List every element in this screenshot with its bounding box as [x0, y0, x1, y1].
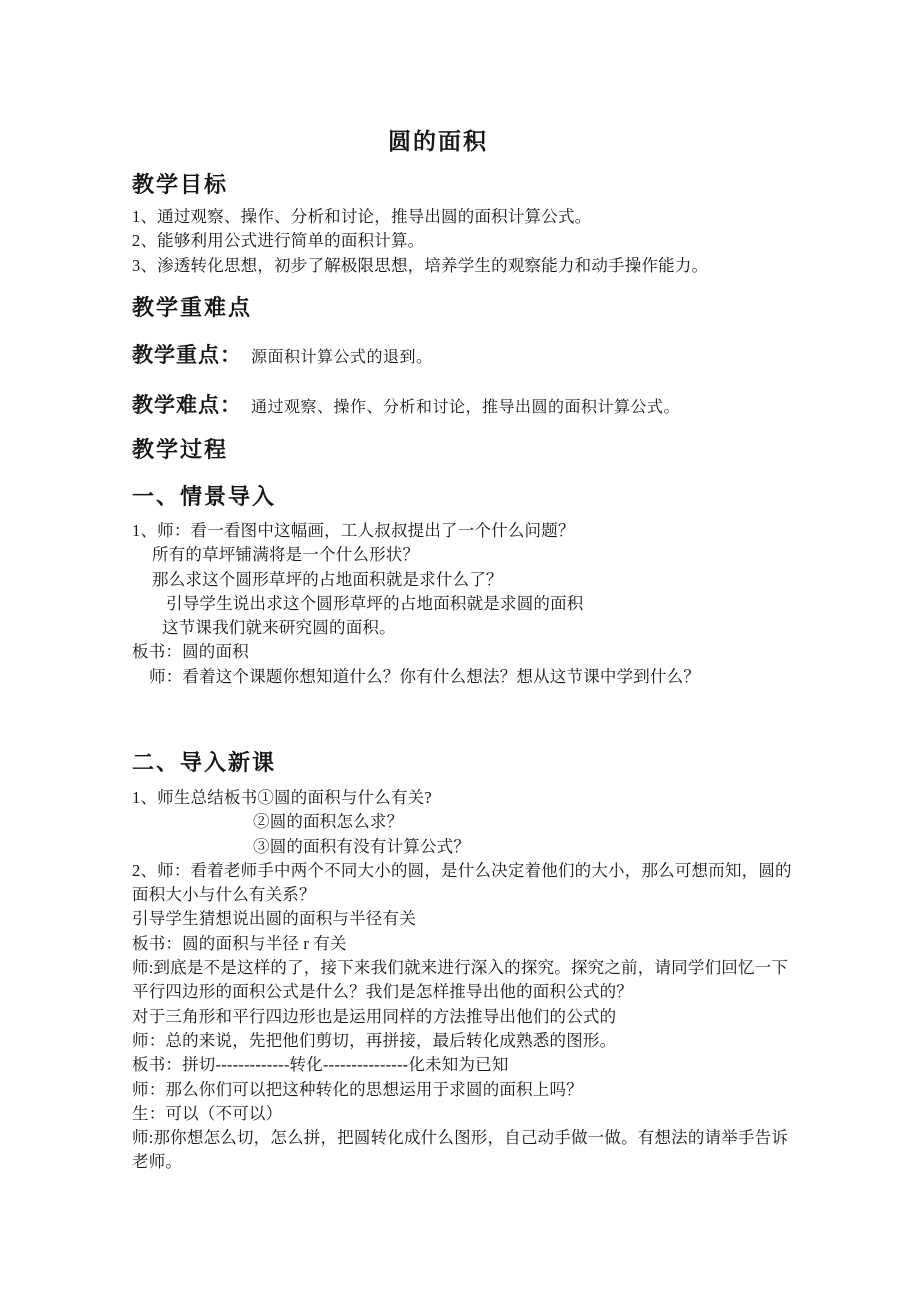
text-line: 板书：圆的面积: [132, 640, 822, 664]
text-line: 平行四边形的面积公式是什么？我们是怎样推导出他的面积公式的？: [132, 980, 822, 1004]
text-line: 所有的草坪铺满将是一个什么形状？: [132, 543, 822, 567]
teaching-focus-text: 源面积计算公式的退到。: [242, 349, 433, 366]
text-line: 那么求这个圆形草坪的占地面积就是求什么了？: [132, 568, 822, 592]
text-line: 2、师：看着老师手中两个不同大小的圆，是什么决定着他们的大小，那么可想而知，圆的: [132, 859, 822, 883]
text-line: 引导学生猜想说出圆的面积与半径有关: [132, 907, 822, 931]
text-line: 老师。: [132, 1150, 822, 1174]
objective-item: 1、通过观察、操作、分析和讨论，推导出圆的面积计算公式。: [132, 205, 822, 229]
part2-body: 1、师生总结板书①圆的面积与什么有关? ②圆的面积怎么求？ ③圆的面积有没有计算…: [132, 786, 822, 1175]
section-heading-objectives: 教学目标: [132, 168, 228, 199]
teaching-difficulty-line: 教学难点：通过观察、操作、分析和讨论，推导出圆的面积计算公式。: [132, 389, 832, 419]
section-heading-keypoints: 教学重难点: [132, 291, 252, 322]
blackboard-transform-line: 板书：拼切-------------转化---------------化未知为已…: [132, 1053, 822, 1077]
objectives-list: 1、通过观察、操作、分析和讨论，推导出圆的面积计算公式。 2、能够利用公式进行简…: [132, 205, 822, 278]
text-line: 师：看着这个课题你想知道什么？你有什么想法？想从这节课中学到什么？: [132, 665, 822, 689]
text-line: 1、师生总结板书①圆的面积与什么有关?: [132, 786, 822, 810]
teaching-difficulty-label: 教学难点：: [132, 394, 242, 417]
objective-item: 3、渗透转化思想，初步了解极限思想，培养学生的观察能力和动手操作能力。: [132, 254, 822, 278]
text-line: 引导学生说出求这个圆形草坪的占地面积就是求圆的面积: [132, 592, 822, 616]
text-line: 师：那么你们可以把这种转化的思想运用于求圆的面积上吗？: [132, 1078, 822, 1102]
text-line: 师:那你想怎么切，怎么拼，把圆转化成什么图形，自己动手做一做。有想法的请举手告诉: [132, 1126, 822, 1150]
text-line: 对于三角形和平行四边形也是运用同样的方法推导出他们的公式的: [132, 1005, 822, 1029]
text-line: 师:到底是不是这样的了，接下来我们就来进行深入的探究。探究之前，请同学们回忆一下: [132, 956, 822, 980]
subsection-heading-part1: 一、情景导入: [132, 480, 276, 511]
text-line: 生：可以（不可以）: [132, 1102, 822, 1126]
teaching-difficulty-text: 通过观察、操作、分析和讨论，推导出圆的面积计算公式。: [242, 399, 680, 416]
text-line: ②圆的面积怎么求？: [132, 810, 822, 834]
objective-item: 2、能够利用公式进行简单的面积计算。: [132, 229, 822, 253]
text-line: 这节课我们就来研究圆的面积。: [132, 616, 822, 640]
section-heading-process: 教学过程: [132, 433, 228, 464]
text-line: 板书：圆的面积与半径 r 有关: [132, 932, 822, 956]
text-line: ③圆的面积有没有计算公式？: [132, 835, 822, 859]
teaching-focus-line: 教学重点：源面积计算公式的退到。: [132, 339, 832, 369]
subsection-heading-part2: 二、导入新课: [132, 746, 276, 777]
teaching-focus-label: 教学重点：: [132, 344, 242, 367]
part1-body: 1、师：看一看图中这幅画，工人叔叔提出了一个什么问题？ 所有的草坪铺满将是一个什…: [132, 519, 822, 689]
text-line: 师：总的来说，先把他们剪切，再拼接，最后转化成熟悉的图形。: [132, 1029, 822, 1053]
document-page: 圆的面积 教学目标 1、通过观察、操作、分析和讨论，推导出圆的面积计算公式。 2…: [0, 0, 920, 1302]
text-line: 1、师：看一看图中这幅画，工人叔叔提出了一个什么问题？: [132, 519, 822, 543]
text-line: 面积大小与什么有关系？: [132, 883, 822, 907]
document-title: 圆的面积: [108, 123, 768, 156]
